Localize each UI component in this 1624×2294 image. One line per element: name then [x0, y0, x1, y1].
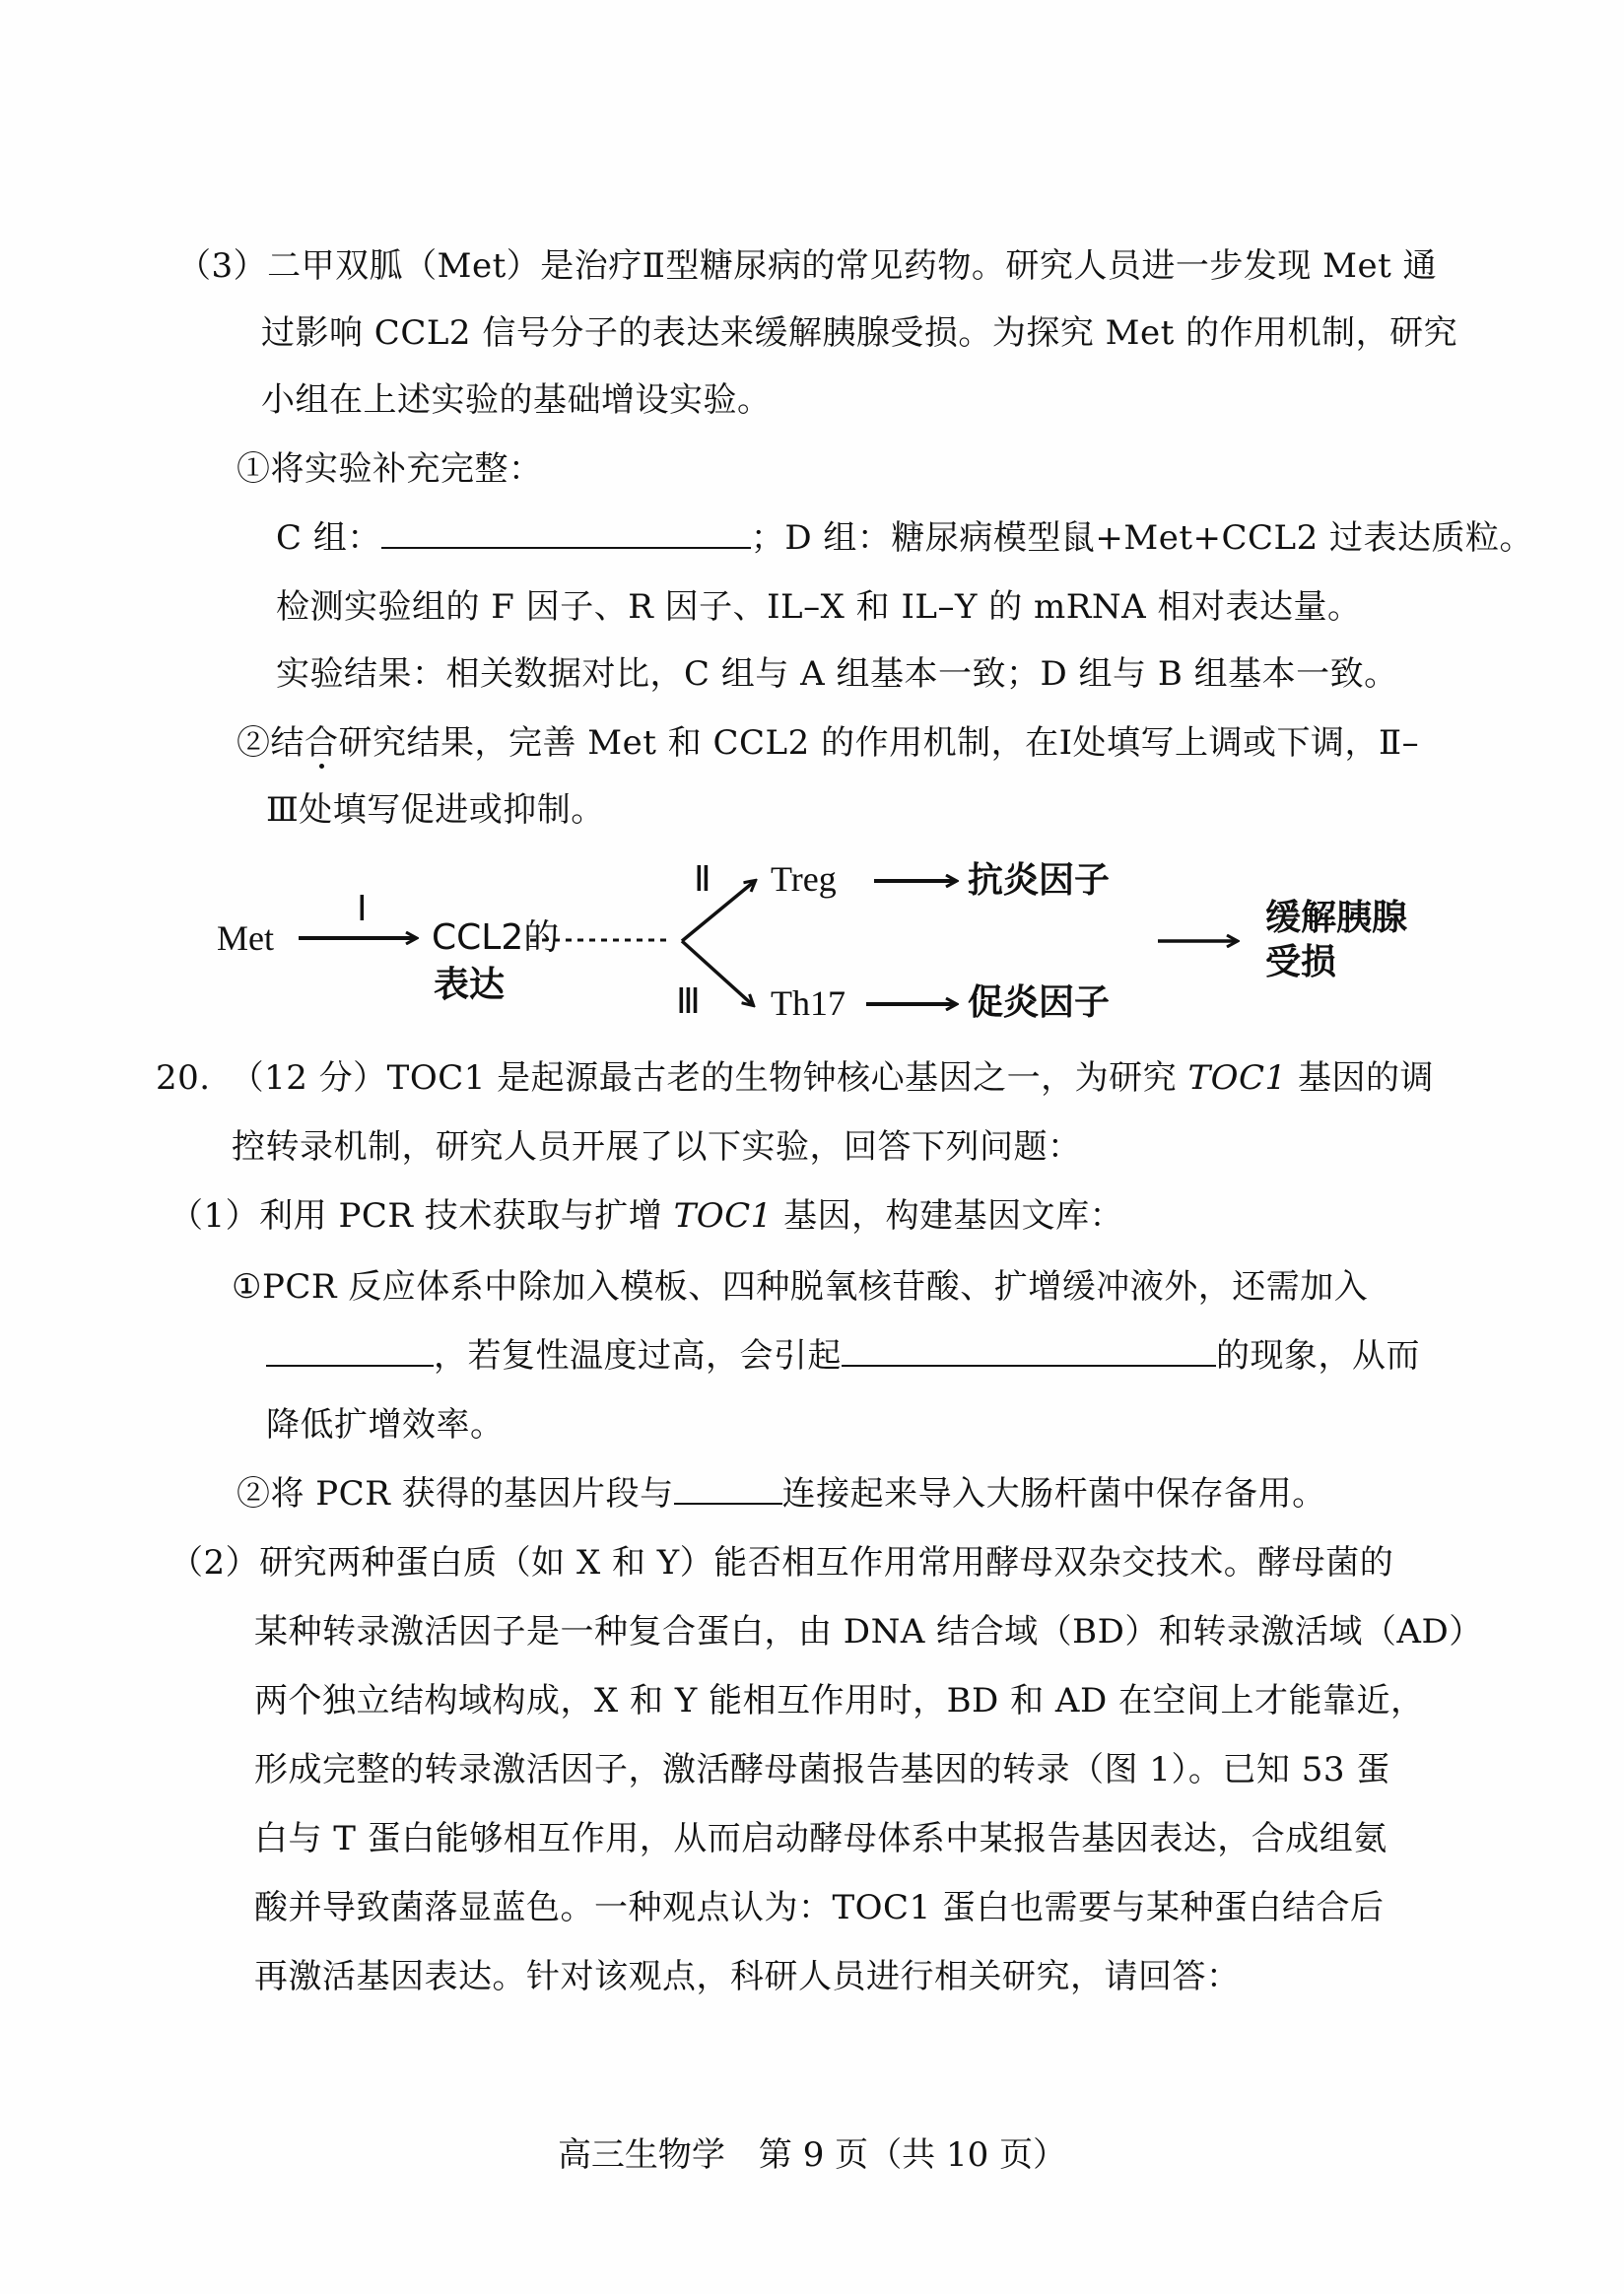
part3-result-line: 实验结果：相关数据对比，C 组与 A 组基本一致；D 组与 B 组基本一致。 [276, 652, 1398, 696]
part3-sub1-title: ①将实验补充完整： [237, 447, 543, 491]
diagram-anti-inflammatory: 抗炎因子 [968, 859, 1110, 903]
q20-line2: 控转录机制，研究人员开展了以下实验，回答下列问题： [232, 1125, 1082, 1169]
part3-detect-line: 检测实验组的 F 因子、R 因子、IL–X 和 IL–Y 的 mRNA 相对表达… [276, 585, 1361, 629]
emphasis-dot: 合 [304, 723, 339, 763]
diagram-ccl2-line1: CCL2的 [432, 918, 559, 958]
q20-number: 20. [156, 1058, 211, 1098]
diagram-th17: Th17 [771, 983, 846, 1023]
page-footer: 高三生物学 第 9 页（共 10 页） [0, 2133, 1624, 2177]
diagram-ccl2-line2: 表达 [434, 964, 505, 1007]
q20-part1-line: （1）利用 PCR 技术获取与扩增 TOC1 基因，构建基因文库： [169, 1194, 1123, 1238]
q20-part2-line2: 某种转录激活因子是一种复合蛋白，由 DNA 结合域（BD）和转录激活域（AD） [254, 1610, 1483, 1653]
part3-c-group-line: C 组：；D 组：糖尿病模型鼠+Met+CCL2 过表达质粒。 [276, 516, 1533, 560]
c-group-answer-blank[interactable] [381, 517, 751, 549]
q20-part2-line7: 再激活基因表达。针对该观点，科研人员进行相关研究，请回答： [254, 1955, 1241, 1998]
part3-line3: 小组在上述实验的基础增设实验。 [261, 378, 772, 422]
q20-part2-line3: 两个独立结构域构成，X 和 Y 能相互作用时，BD 和 AD 在空间上才能靠近， [254, 1679, 1425, 1722]
annealing-phenomenon-blank[interactable] [842, 1335, 1216, 1367]
q20-part1-sub1-line3: 降低扩增效率。 [266, 1403, 505, 1447]
diagram-outcome-line1: 缓解胰腺 [1265, 897, 1407, 940]
q20-part1-sub1-line1: ①PCR 反应体系中除加入模板、四种脱氧核苷酸、扩增缓冲液外，还需加入 [232, 1265, 1368, 1309]
diagram-label-i: Ⅰ [357, 889, 368, 928]
part3-line2: 过影响 CCL2 信号分子的表达来缓解胰腺受损。为探究 Met 的作用机制，研究 [261, 311, 1457, 355]
part3-sub2-line1: ②结合研究结果，完善 Met 和 CCL2 的作用机制，在Ⅰ处填写上调或下调，Ⅱ… [237, 721, 1419, 765]
q20-part2-line4: 形成完整的转录激活因子，激活酵母菌报告基因的转录（图 1）。已知 53 蛋 [254, 1748, 1390, 1791]
diagram-label-iii: Ⅲ [676, 981, 701, 1021]
part3-sub2-line2: Ⅲ处填写促进或抑制。 [266, 788, 605, 832]
diagram-pro-inflammatory: 促炎因子 [968, 981, 1110, 1025]
q20-score: （12 分） [231, 1058, 387, 1098]
q20-part2-line6: 酸并导致菌落显蓝色。一种观点认为：TOC1 蛋白也需要与某种蛋白结合后 [254, 1886, 1385, 1929]
q20-part1-sub1-line2: ，若复性温度过高，会引起的现象，从而 [266, 1334, 1420, 1378]
part3-line1: （3）二甲双胍（Met）是治疗Ⅱ型糖尿病的常见药物。研究人员进一步发现 Met … [177, 244, 1437, 288]
diagram-met: Met [217, 918, 274, 958]
diagram-treg: Treg [771, 859, 837, 899]
part3-label: （3） [177, 246, 267, 286]
q20-line1: 20.（12 分）TOC1 是起源最古老的生物钟核心基因之一，为研究 TOC1 … [156, 1056, 1434, 1100]
vector-blank[interactable] [674, 1473, 782, 1505]
pcr-reagent-blank[interactable] [266, 1335, 434, 1367]
diagram-label-ii: Ⅱ [694, 859, 711, 899]
q20-part1-sub2-line: ②将 PCR 获得的基因片段与连接起来导入大肠杆菌中保存备用。 [237, 1472, 1326, 1516]
diagram-outcome-line2: 受损 [1265, 941, 1336, 984]
q20-part2-line5: 白与 T 蛋白能够相互作用，从而启动酵母体系中某报告基因表达，合成组氨 [254, 1817, 1387, 1860]
q20-part2-line1: （2）研究两种蛋白质（如 X 和 Y）能否相互作用常用酵母双杂交技术。酵母菌的 [169, 1541, 1393, 1585]
